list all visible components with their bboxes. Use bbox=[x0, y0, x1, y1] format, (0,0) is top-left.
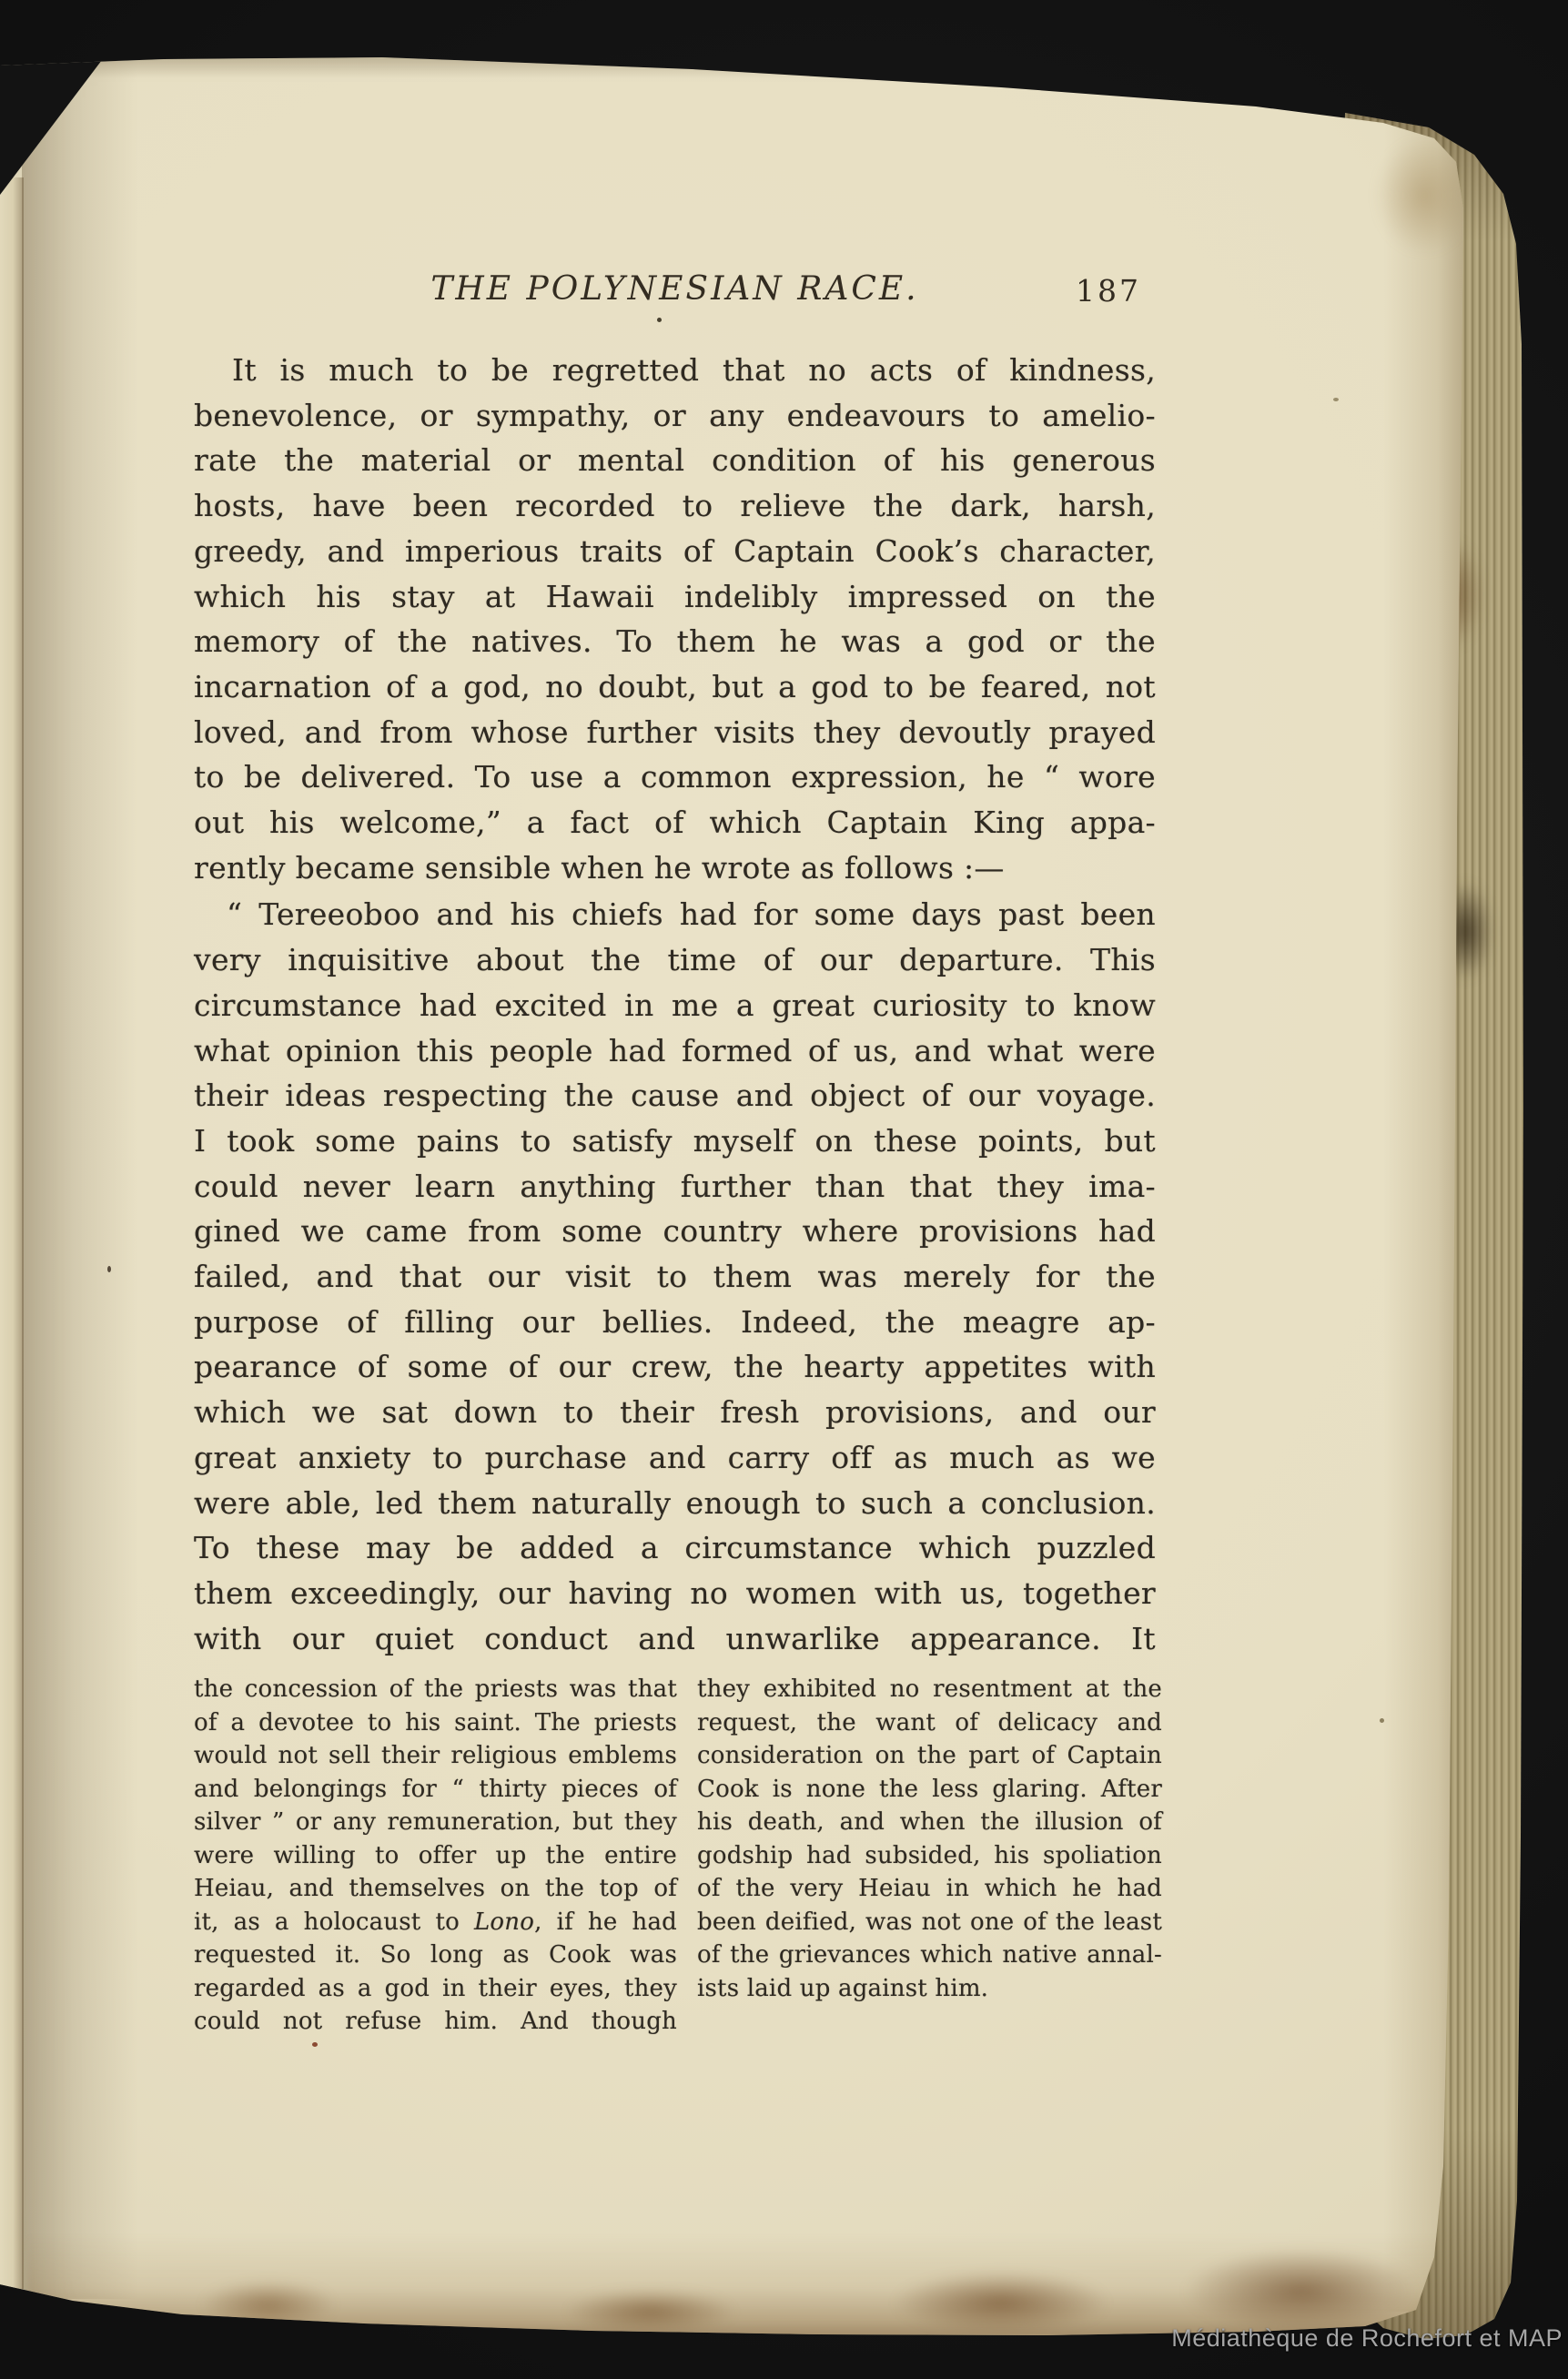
text-line: rently became sensible when he wrote as … bbox=[194, 845, 1156, 891]
underlying-page-edge bbox=[0, 177, 24, 2289]
text-line: to be delivered. To use a common express… bbox=[194, 754, 1156, 800]
text-line: gined we came from some country where pr… bbox=[194, 1209, 1156, 1254]
text-line: To these may be added a circumstance whi… bbox=[194, 1525, 1156, 1571]
text-line: purpose of filling our bellies. Indeed, … bbox=[194, 1300, 1156, 1345]
text-line: they exhibited no resentment at the bbox=[697, 1673, 1162, 1706]
text-line: godship had subsided, his spoliation bbox=[697, 1839, 1162, 1873]
text-line: their ideas respecting the cause and obj… bbox=[194, 1073, 1156, 1119]
main-text-block: It is much to be regretted that no acts … bbox=[194, 348, 1156, 1661]
text-line: with our quiet conduct and unwarlike app… bbox=[194, 1616, 1156, 1662]
text-line: pearance of some of our crew, the hearty… bbox=[194, 1344, 1156, 1390]
paper-speck bbox=[312, 2042, 318, 2047]
page-number: 187 bbox=[1076, 273, 1141, 309]
text-line: benevolence, or sympathy, or any endeavo… bbox=[194, 393, 1156, 439]
text-line: his death, and when the illusion of bbox=[697, 1806, 1162, 1839]
text-line: would not sell their religious emblems bbox=[194, 1739, 677, 1773]
foxing-blotch bbox=[200, 2280, 337, 2330]
text-line: Cook is none the less glaring. After bbox=[697, 1773, 1162, 1807]
text-line: and belongings for “ thirty pieces of bbox=[194, 1773, 677, 1807]
paper-speck bbox=[107, 1266, 111, 1272]
paragraph: It is much to be regretted that no acts … bbox=[194, 348, 1156, 890]
text-line: of the very Heiau in which he had bbox=[697, 1872, 1162, 1906]
library-watermark: Médiathèque de Rochefort et MAP bbox=[1171, 2324, 1563, 2353]
foxing-blotch bbox=[892, 2271, 1110, 2334]
book-page: THE POLYNESIAN RACE. 187 It is much to b… bbox=[0, 0, 1568, 2379]
text-line: which his stay at Hawaii indelibly impre… bbox=[194, 574, 1156, 620]
text-line: incarnation of a god, no doubt, but a go… bbox=[194, 664, 1156, 710]
text-line: requested it. So long as Cook was bbox=[194, 1939, 677, 1972]
text-line: It is much to be regretted that no acts … bbox=[194, 348, 1156, 393]
text-line: I took some pains to satisfy myself on t… bbox=[194, 1119, 1156, 1164]
text-line: silver ” or any remuneration, but they bbox=[194, 1806, 677, 1839]
text-line: regarded as a god in their eyes, they bbox=[194, 1972, 677, 2006]
text-line: it, as a holocaust to Lono, if he had bbox=[194, 1906, 677, 1939]
text-line: could not refuse him. And though bbox=[194, 2005, 677, 2039]
page-title: THE POLYNESIAN RACE. bbox=[430, 270, 918, 308]
gutter-shadow bbox=[22, 60, 138, 2299]
text-line: ists laid up against him. bbox=[697, 1972, 1162, 2006]
text-line: “ Tereeoboo and his chiefs had for some … bbox=[194, 892, 1156, 937]
text-line: great anxiety to purchase and carry off … bbox=[194, 1435, 1156, 1481]
foxing-blotch bbox=[564, 2289, 737, 2334]
text-line: request, the want of delicacy and bbox=[697, 1706, 1162, 1740]
text-line: been deified, was not one of the least bbox=[697, 1906, 1162, 1939]
text-line: of the grievances which native annal- bbox=[697, 1939, 1162, 1972]
text-line: them exceedingly, our having no women wi… bbox=[194, 1571, 1156, 1616]
text-line: the concession of the priests was that bbox=[194, 1673, 677, 1706]
text-line: consideration on the part of Captain bbox=[697, 1739, 1162, 1773]
text-line: which we sat down to their fresh provisi… bbox=[194, 1390, 1156, 1435]
running-header: THE POLYNESIAN RACE. 187 bbox=[194, 270, 1156, 308]
paper-speck bbox=[1380, 1718, 1384, 1723]
scan-photo-background: { "colors": { "background": "#151515", "… bbox=[0, 0, 1568, 2379]
text-line: rate the material or mental condition of… bbox=[194, 438, 1156, 483]
text-line: loved, and from whose further visits the… bbox=[194, 710, 1156, 755]
paper-speck bbox=[1333, 398, 1339, 401]
ink-dot-artifact bbox=[657, 318, 662, 322]
text-line: failed, and that our visit to them was m… bbox=[194, 1254, 1156, 1300]
footnote-right-column: they exhibited no resentment at thereque… bbox=[697, 1673, 1162, 2005]
text-line: were willing to offer up the entire bbox=[194, 1839, 677, 1873]
text-line: very inquisitive about the time of our d… bbox=[194, 937, 1156, 983]
text-line: circumstance had excited in me a great c… bbox=[194, 983, 1156, 1028]
text-line: greedy, and imperious traits of Captain … bbox=[194, 529, 1156, 574]
text-line: what opinion this people had formed of u… bbox=[194, 1028, 1156, 1074]
text-line: out his welcome,” a fact of which Captai… bbox=[194, 800, 1156, 845]
footnote-left-column: the concession of the priests was thatof… bbox=[194, 1673, 677, 2039]
quoted-paragraph: “ Tereeoboo and his chiefs had for some … bbox=[194, 892, 1156, 1661]
text-line: memory of the natives. To them he was a … bbox=[194, 619, 1156, 664]
text-line: could never learn anything further than … bbox=[194, 1164, 1156, 1210]
text-line: hosts, have been recorded to relieve the… bbox=[194, 483, 1156, 529]
text-line: Heiau, and themselves on the top of bbox=[194, 1872, 677, 1906]
page-top-edge-shading bbox=[0, 55, 1467, 78]
text-line: of a devotee to his saint. The priests bbox=[194, 1706, 677, 1740]
text-line: were able, led them naturally enough to … bbox=[194, 1481, 1156, 1526]
